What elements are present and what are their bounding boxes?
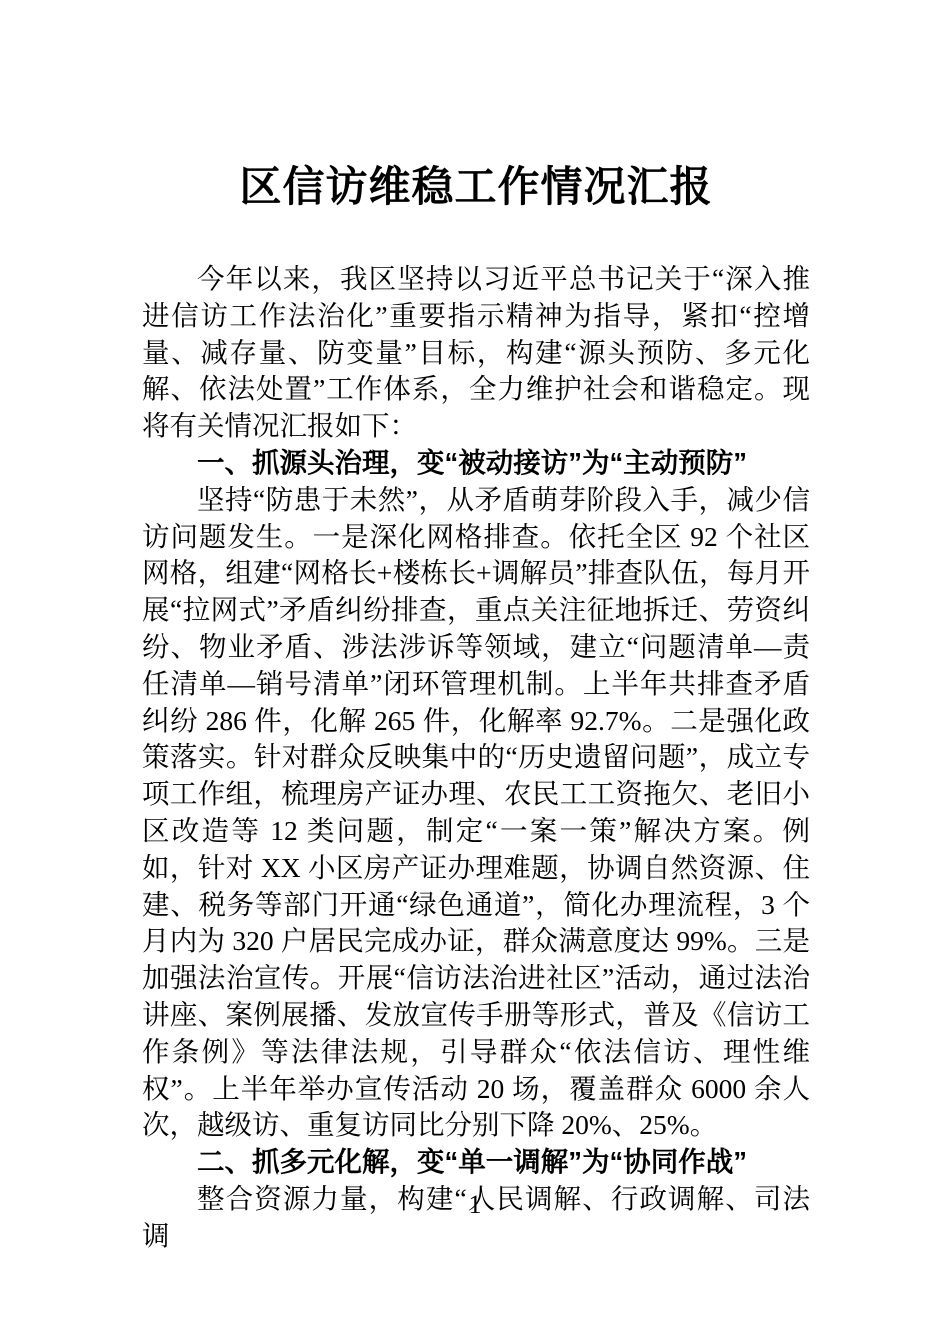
section-heading-2: 二、抓多元化解，变“单一调解”为“协同作战” <box>142 1144 810 1181</box>
section-1-body: 坚持“防患于未然”，从矛盾萌芽阶段入手，减少信访问题发生。一是深化网格排查。依托… <box>142 482 810 1144</box>
document-title-text: 区信访维稳工作情况汇报 <box>239 163 712 210</box>
document-title: 区信访维稳工作情况汇报 <box>142 163 810 211</box>
section-heading-1: 一、抓源头治理，变“被动接访”为“主动预防” <box>142 445 810 482</box>
intro-paragraph: 今年以来，我区坚持以习近平总书记关于“深入推进信访工作法治化”重要指示精神为指导… <box>142 261 810 445</box>
document-page: 区信访维稳工作情况汇报 今年以来，我区坚持以习近平总书记关于“深入推进信访工作法… <box>0 0 950 1344</box>
page-number: 1 <box>0 1190 950 1220</box>
